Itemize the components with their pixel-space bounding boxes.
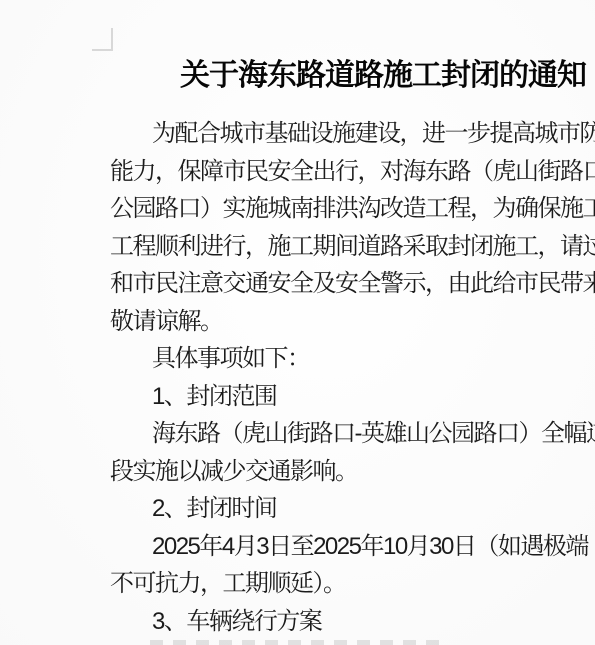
- document-title: 关于海东路道路施工封闭的通知: [0, 55, 595, 97]
- body-line: 海东路（虎山街路口-英雄山公园路口）全幅道: [0, 415, 595, 453]
- document-page: 关于海东路道路施工封闭的通知 为配合城市基础设施建设，进一步提高城市防能力，保障…: [0, 0, 595, 645]
- body-line: 工程顺利进行，施工期间道路采取封闭施工，请过: [0, 228, 595, 266]
- body-line: 3、车辆绕行方案: [0, 603, 595, 641]
- body-line: 具体事项如下：: [0, 340, 595, 378]
- next-line-glimpse: [150, 640, 445, 645]
- body-line: 不可抗力，工期顺延）。: [0, 565, 595, 603]
- page-margin-corner-mark: [92, 28, 113, 51]
- body-line: 能力，保障市民安全出行，对海东路（虎山街路口: [0, 153, 595, 191]
- body-line: 和市民注意交通安全及安全警示，由此给市民带来: [0, 265, 595, 303]
- body-line: 1、封闭范围: [0, 378, 595, 416]
- body-line: 公园路口）实施城南排洪沟改造工程，为确保施工: [0, 190, 595, 228]
- body-line: 敬请谅解。: [0, 303, 595, 341]
- body-line: 2025年4月3日至2025年10月30日（如遇极端: [0, 528, 595, 566]
- body-line: 段实施以减少交通影响。: [0, 453, 595, 491]
- body-lines: 为配合城市基础设施建设，进一步提高城市防能力，保障市民安全出行，对海东路（虎山街…: [0, 115, 595, 640]
- body-line: 为配合城市基础设施建设，进一步提高城市防: [0, 115, 595, 153]
- body-line: 2、封闭时间: [0, 490, 595, 528]
